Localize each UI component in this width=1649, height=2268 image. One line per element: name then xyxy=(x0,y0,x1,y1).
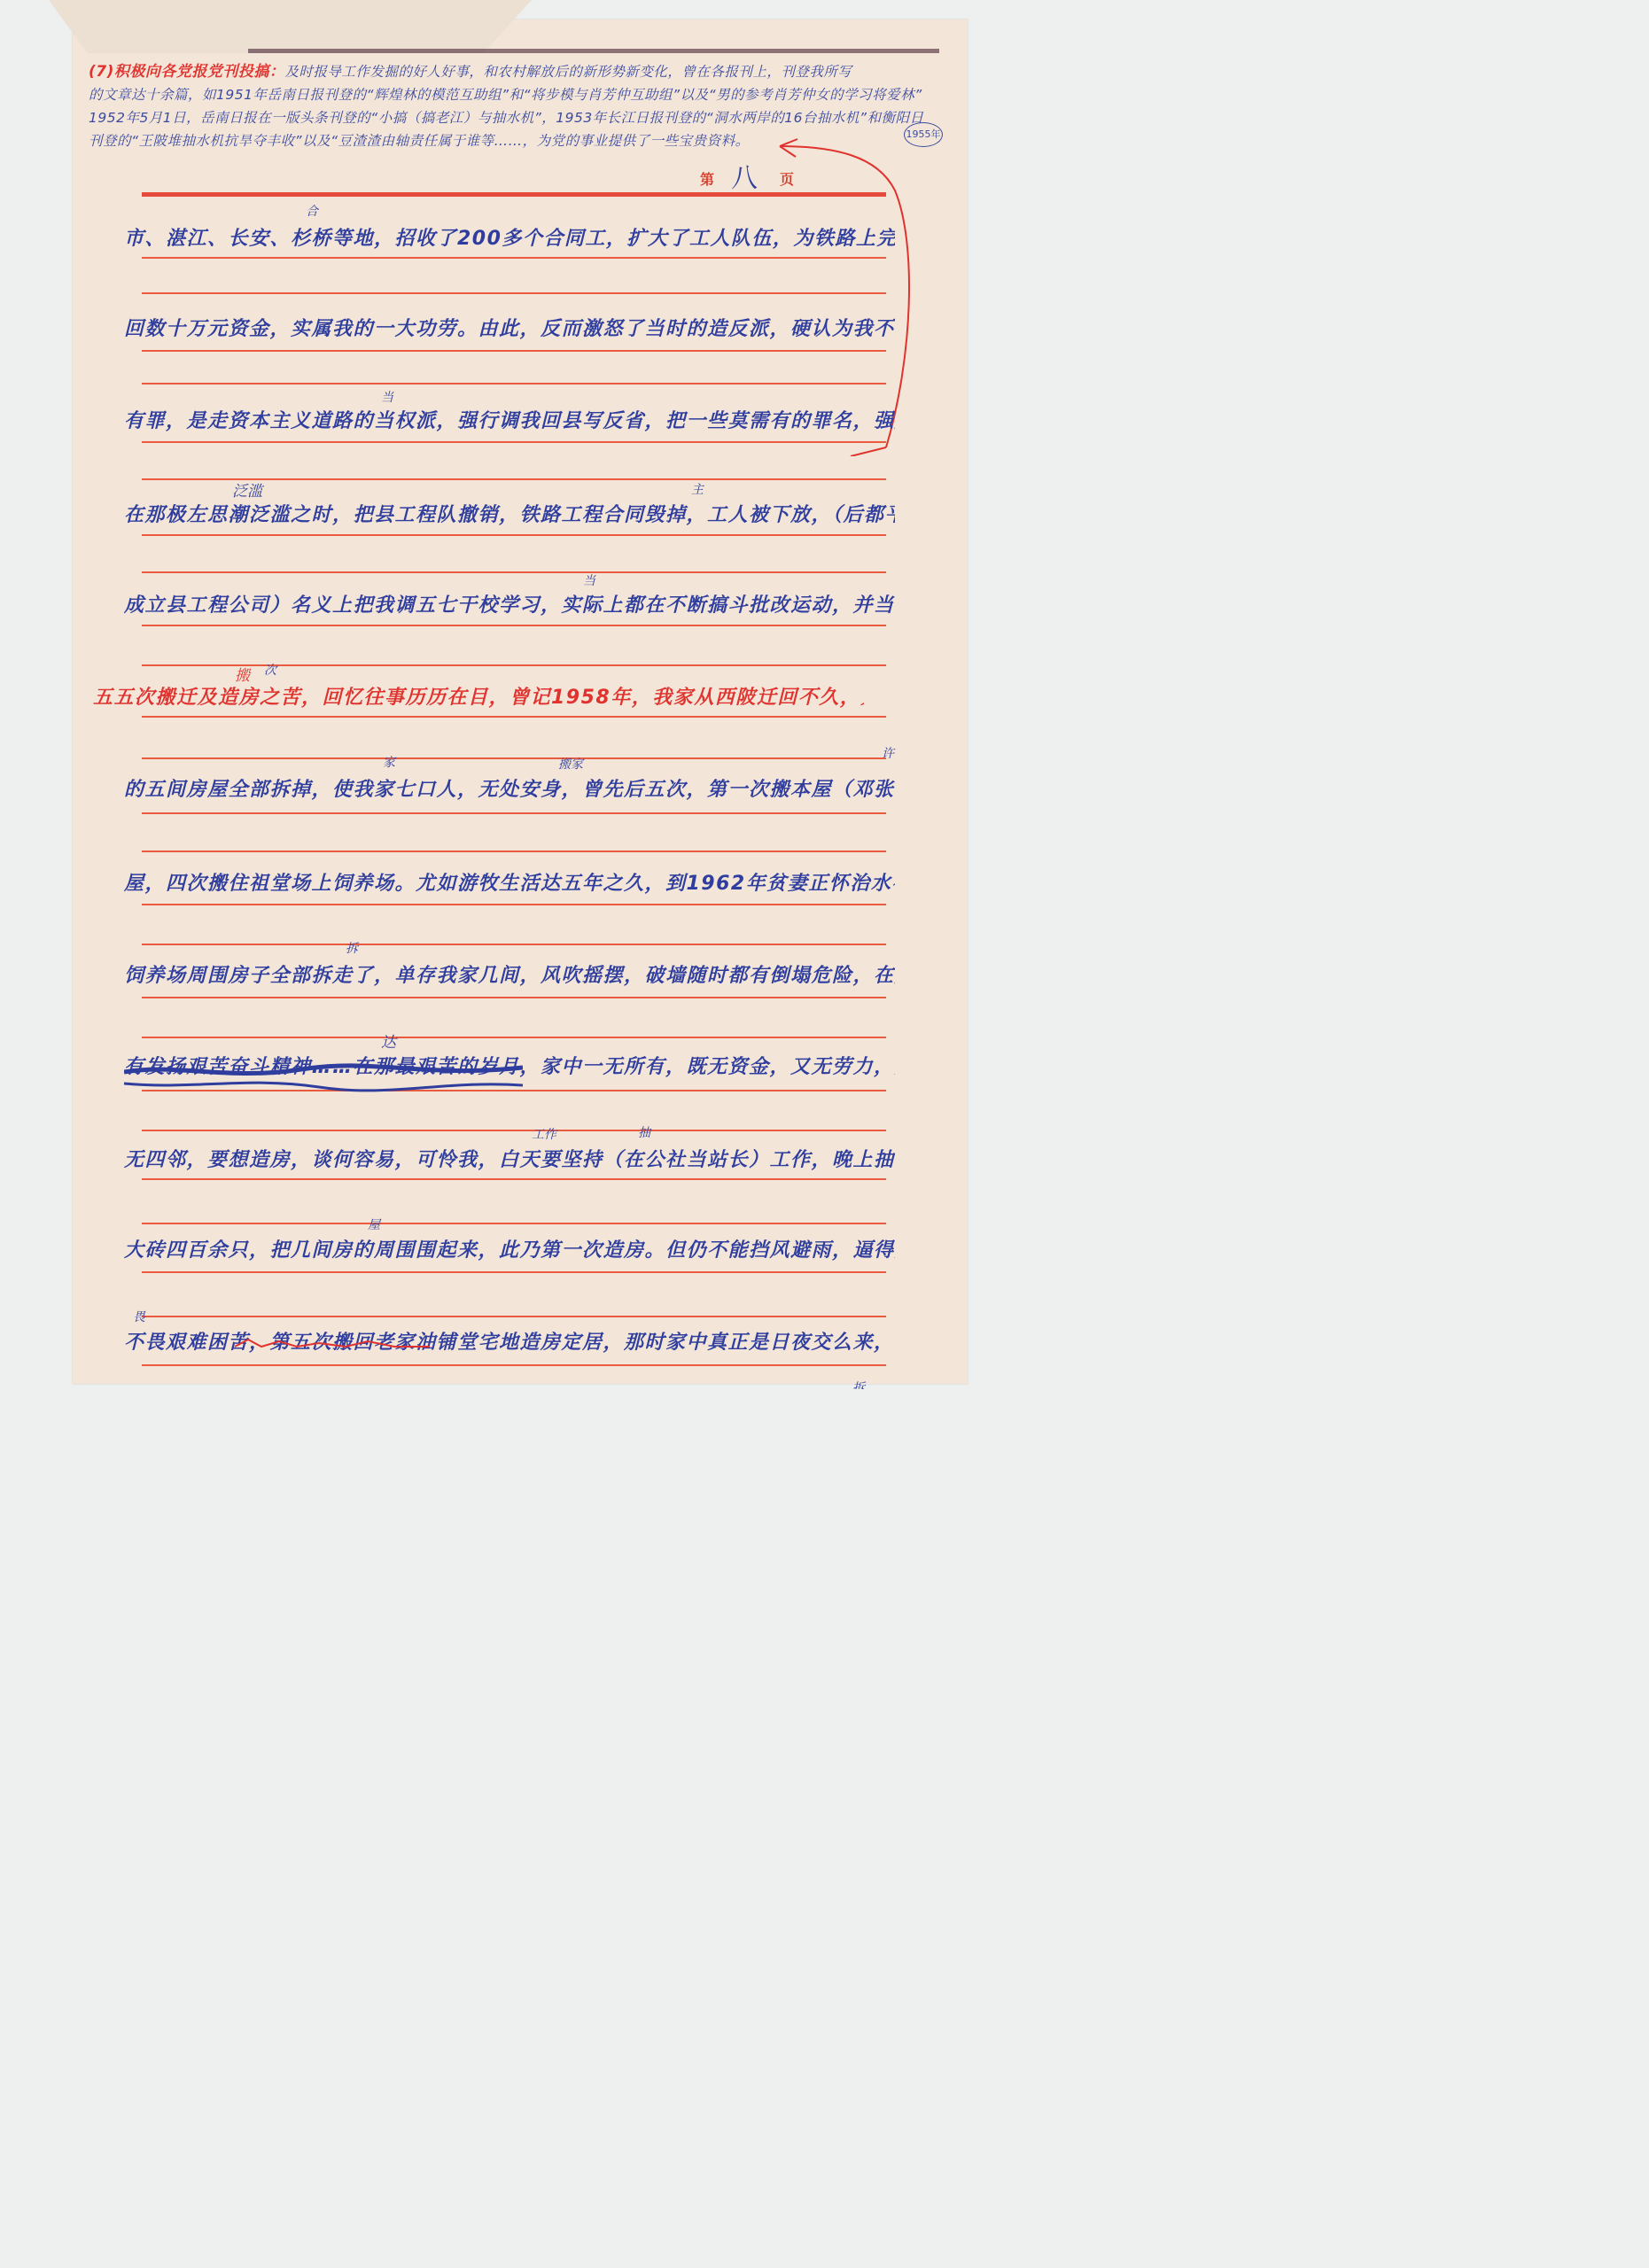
page-label-prefix: 第 xyxy=(700,168,714,189)
rule xyxy=(142,812,886,814)
rule xyxy=(142,1037,886,1038)
rule xyxy=(142,850,886,852)
page-number: 八 xyxy=(731,156,758,195)
body-line: 成立县工程公司）名义上把我调五七干校学习，实际上都在不断搞斗批改运动，并当任付组… xyxy=(124,588,895,624)
insert-mark: 许 xyxy=(882,744,894,762)
body-line: 回数十万元资金，实属我的一大功劳。由此，反而激怒了当时的造反派，硬认为我不抓革命… xyxy=(124,312,895,347)
insert-mark: 次 xyxy=(264,661,276,679)
rule xyxy=(142,1178,886,1180)
header-rule xyxy=(142,192,886,197)
insert-mark: 达 xyxy=(381,1029,396,1052)
body-line: 无四邻，要想造房，谈何容易，可怜我，白天要坚持（在公社当站长）工作，晚上抽空回家… xyxy=(124,1143,895,1178)
rule xyxy=(142,257,886,259)
insert-mark: 家 xyxy=(383,753,395,771)
fold-shadow xyxy=(248,49,939,53)
note-heading: (7)积极向各党报党刊投搞： xyxy=(89,63,284,81)
insert-mark: 屋 xyxy=(368,1216,380,1233)
insert-mark: 抽 xyxy=(638,1123,650,1141)
red-underline-marks xyxy=(124,1258,895,1389)
body-line: 饲养场周围房子全部拆走了，单存我家几间，风吹摇摆，破墙随时都有倒塌危险，在那紧急… xyxy=(124,959,895,994)
folded-flap xyxy=(49,0,532,53)
insert-mark: 搬 xyxy=(235,663,250,685)
insert-mark: 拆 xyxy=(346,939,358,957)
rule xyxy=(142,1223,886,1224)
rule xyxy=(142,1130,886,1131)
insert-mark: 工作 xyxy=(532,1125,556,1143)
body-line: 在那极左思潮泛滥之时，把县工程队撤销，铁路工程合同毁掉，工人被下放，（后都平反了… xyxy=(124,498,895,533)
section-heading-line: 五五次搬迁及造房之苦，回忆往事历历在目，曾记1958年，我家从西陂迁回不久，大跃… xyxy=(93,680,864,716)
insert-mark: 合 xyxy=(306,202,318,220)
body-line: 的五间房屋全部拆掉，使我家七口人，无处安身，曾先后五次，第一次搬本屋（邓张），二… xyxy=(124,773,895,808)
note-line-1: (7)积极向各党报党刊投搞：及时报导工作发掘的好人好事，和农村解放后的新形势新变… xyxy=(89,60,930,83)
rule xyxy=(142,350,886,352)
insert-mark: 当 xyxy=(381,388,393,406)
strikethrough-scribble xyxy=(124,1059,523,1094)
rule xyxy=(142,383,886,384)
rule xyxy=(142,625,886,626)
insert-mark: 主 xyxy=(691,480,704,498)
rule xyxy=(142,757,886,759)
rule xyxy=(142,716,886,718)
note-line-2: 的文章达十余篇，如1951年岳南日报刊登的“辉煌林的模范互助组”和“将步模与肖芳… xyxy=(89,83,930,106)
body-line: 有罪，是走资本主义道路的当权派，强行调我回县写反省，把一些莫需有的罪名，强加在我… xyxy=(124,404,895,439)
note-line-3: 1952年5月1日，岳南日报在一版头条刊登的“小搞（搞老江）与抽水机”，1953… xyxy=(89,106,930,129)
rule xyxy=(142,292,886,294)
rule xyxy=(142,904,886,905)
rule xyxy=(142,944,886,945)
body-line: 市、湛江、长安、杉桥等地，招收了200多个合同工，扩大了工人队伍，为铁路上完成大… xyxy=(124,221,895,257)
rule xyxy=(142,534,886,536)
insert-mark: 当 xyxy=(583,571,595,589)
rule xyxy=(142,571,886,573)
rule xyxy=(142,997,886,998)
rule xyxy=(142,441,886,443)
rule xyxy=(142,664,886,666)
insert-mark: 搬家 xyxy=(558,755,583,773)
insert-mark: 泛滥 xyxy=(232,478,262,501)
body-line: 屋，四次搬住祖堂场上饲养场。尤如游牧生活达五年之久，到1962年贫妻正怀治水在身… xyxy=(124,866,895,902)
